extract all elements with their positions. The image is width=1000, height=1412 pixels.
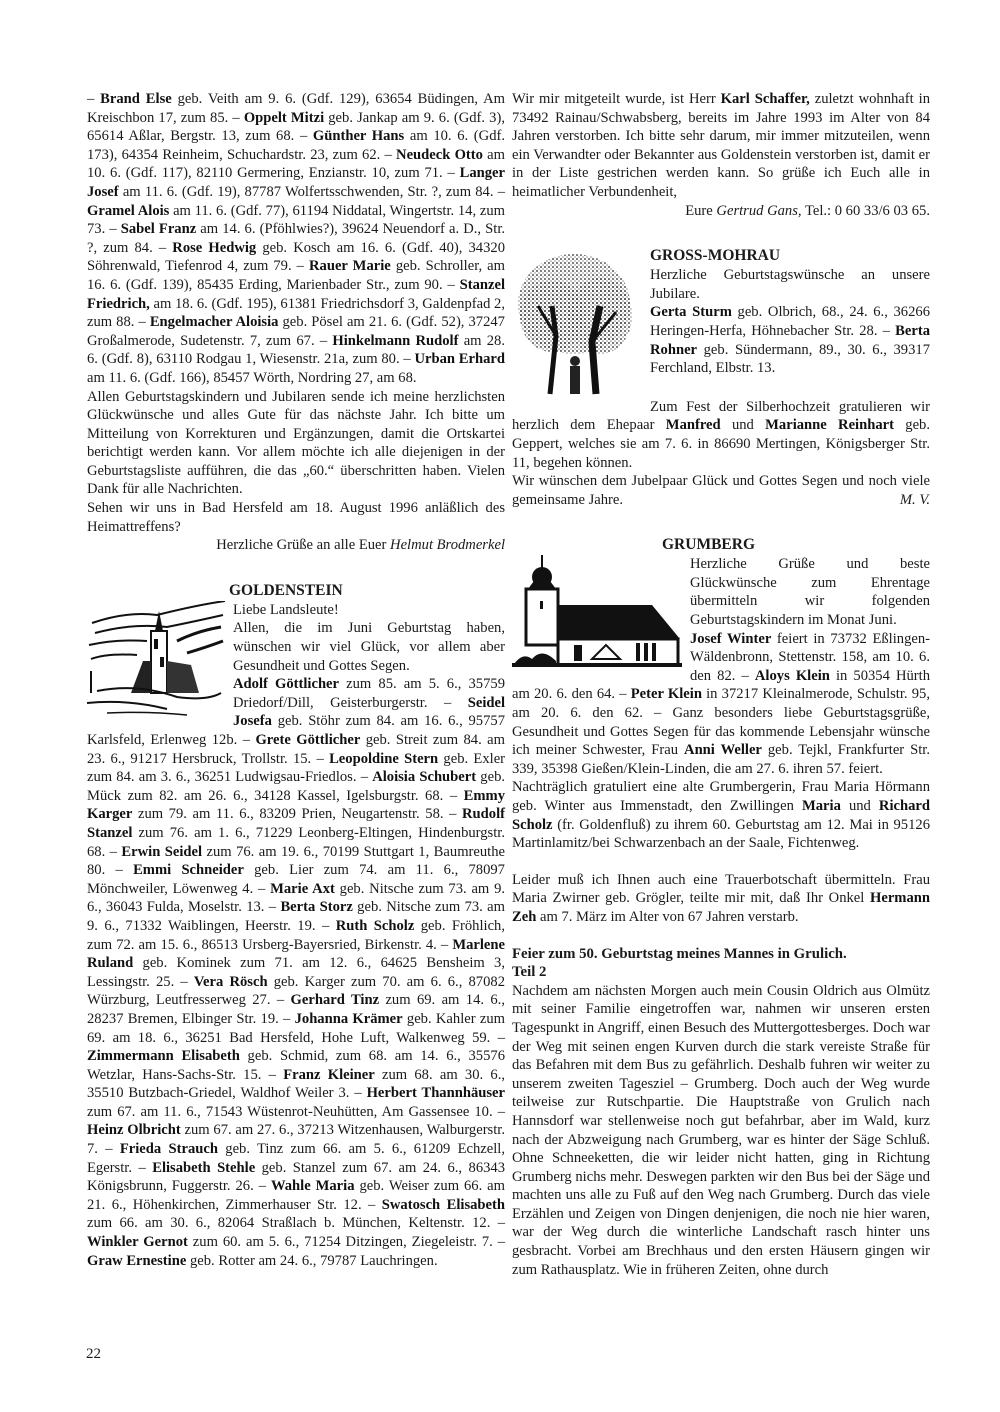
entry-name: Swatosch Elisabeth [382,1197,505,1213]
entry-details: zum 66. am 30. 6., 82064 Straßlach b. Mü… [87,1215,490,1231]
entry-name: Vera Rösch [194,974,268,990]
gross-mohrau-section: GROSS-MOHRAU Herzliche Geburtstagswünsch… [512,246,930,509]
mourning-prefix: Leider muß ich Ihnen auch eine Trauerbot… [512,872,930,907]
entry-name: Herbert Thannhäuser [367,1085,505,1101]
signature-name: Helmut Brodmerkel [390,537,505,553]
twins-paragraph: Nachträglich gratuliert eine alte Grumbe… [512,778,930,852]
entry-name: Josef Winter [690,631,771,647]
silver-wedding-paragraph: Zum Fest der Silberhochzeit gratulieren … [512,398,930,472]
entry-name: Adolf Göttlicher [233,676,339,692]
entry-name: Leopoldine Stern [329,751,438,767]
section-title-grumberg: GRUMBERG [512,535,930,555]
entry-name: Hinkelmann Rudolf [332,333,458,349]
silver-wedding-name-1: Manfred [666,417,721,433]
church-illustration-icon [512,555,682,667]
signature-prefix: Eure [685,203,716,219]
entry-name: Zimmermann Elisabeth [87,1048,240,1064]
goldenstein-section: Liebe Landsleute! Allen, die im Juni Geb… [87,601,505,1270]
entry-details: geb. Rotter am 24. 6., 79787 Lauchringen… [186,1253,437,1269]
entry-name: Gerta Sturm [650,304,732,320]
entry-details: am 11. 6. (Gdf. 166), 85457 Wörth, Nordr… [87,370,417,386]
signature-name: Gertrud Gans, [716,203,801,219]
entry-name: Johanna Krämer [295,1011,403,1027]
right-column: Wir mir mitgeteilt wurde, ist Herr Karl … [512,90,930,1279]
entry-name: Berta Storz [280,899,352,915]
wishes-text: Wir wünschen dem Jubelpaar Glück und Got… [512,473,930,508]
entry-name: Winkler Gernot [87,1234,188,1250]
left-column: – Brand Else geb. Veith am 9. 6. (Gdf. 1… [87,90,505,1270]
entry-details: zum 79. am 11. 6., 83209 Prien, Neugarte… [132,806,443,822]
church-landscape-illustration-icon [87,601,225,717]
entry-name: Ruth Scholz [336,918,415,934]
obituary-karl-schaffer: Wir mir mitgeteilt wurde, ist Herr Karl … [512,90,930,202]
closing-paragraph-1: Allen Geburtstagskindern und Jubilaren s… [87,388,505,500]
entry-name: Emmi Schneider [133,862,244,878]
silver-wedding-wishes: Wir wünschen dem Jubelpaar Glück und Got… [512,472,930,509]
entry-details: zum 60. am 5. 6., 71254 Ditzingen, Ziege… [188,1234,493,1250]
obituary-text-after: zuletzt wohnhaft in 73492 Rainau/Schwabs… [512,91,930,200]
trees-illustration-icon [512,246,640,396]
closing-paragraph-2: Sehen wir uns in Bad Hersfeld am 18. Aug… [87,499,505,536]
silver-wedding-mid: und [721,417,765,433]
entry-name: Sabel Franz [121,221,196,237]
story-section: Feier zum 50. Geburtstag meines Mannes i… [512,945,930,1280]
entry-details: am 11. 6. (Gdf. 19), 87787 Wolfertsschwe… [119,184,494,200]
entry-name: Marie Axt [270,881,335,897]
story-title-line-2: Teil 2 [512,963,930,982]
entry-name: Erwin Seidel [121,844,202,860]
entry-name: Engelmacher Aloisia [150,314,279,330]
entry-name: Elisabeth Stehle [152,1160,255,1176]
entry-name: Günther Hans [313,128,404,144]
story-title-line-1: Feier zum 50. Geburtstag meines Mannes i… [512,945,930,964]
entry-name: Peter Klein [631,686,702,702]
entry-name: Heinz Olbricht [87,1122,181,1138]
birthday-list-hirschfeld: – Brand Else geb. Veith am 9. 6. (Gdf. 1… [87,90,505,388]
entry-name: Frieda Strauch [120,1141,218,1157]
entry-name: Rauer Marie [309,258,391,274]
story-body: Nachdem am nächsten Morgen auch mein Cou… [512,982,930,1280]
obituary-name: Karl Schaffer, [721,91,810,107]
signature-brodmerkel: Herzliche Grüße an alle Euer Helmut Brod… [87,536,505,555]
entry-name: Aloys Klein [755,668,830,684]
twins-mid: und [841,798,879,814]
page-number: 22 [86,1346,101,1363]
entry-name: Franz Kleiner [283,1067,375,1083]
entry-name: Neudeck Otto [396,147,483,163]
sister-name: Anni Weller [684,742,762,758]
entry-name: Aloisia Schubert [372,769,476,785]
grumberg-section: GRUMBERG Herzliche Grüße und beste Glück… [512,535,930,926]
mourning-paragraph: Leider muß ich Ihnen auch eine Trauerbot… [512,871,930,927]
entry-name: Rose Hedwig [172,240,256,256]
entry-name: Grete Göttlicher [255,732,360,748]
entry-details: zum 67. am 11. 6., 71543 Wüstenrot-Neuhü… [87,1104,493,1120]
signature-prefix: Herzliche Grüße an alle Euer [216,537,390,553]
entry-name: Oppelt Mitzi [244,110,324,126]
signature-gertrud-gans: Eure Gertrud Gans, Tel.: 0 60 33/6 03 65… [512,202,930,221]
entry-name: Graw Ernestine [87,1253,186,1269]
entry-name: Urban Erhard [414,351,505,367]
section-title-goldenstein: GOLDENSTEIN [87,581,505,601]
twins-after: (fr. Goldenfluß) zu ihrem 60. Geburtstag… [512,817,930,852]
goldenstein-birthday-list: Adolf Göttlicher zum 85. am 5. 6., 35759… [87,675,505,1270]
entry-name: Brand Else [100,91,172,107]
mourning-after: am 7. März im Alter von 67 Jahren versta… [536,909,798,925]
obituary-text-before: Wir mir mitgeteilt wurde, ist Herr [512,91,721,107]
twins-name-1: Maria [802,798,841,814]
entry-name: Wahle Maria [271,1178,355,1194]
signature-phone: Tel.: 0 60 33/6 03 65. [802,203,930,219]
entry-name: Gerhard Tinz [291,992,380,1008]
entry-name: Gramel Alois [87,203,169,219]
silver-wedding-name-2: Marianne Reinhart [765,417,894,433]
signature-mv: M. V. [900,491,930,510]
